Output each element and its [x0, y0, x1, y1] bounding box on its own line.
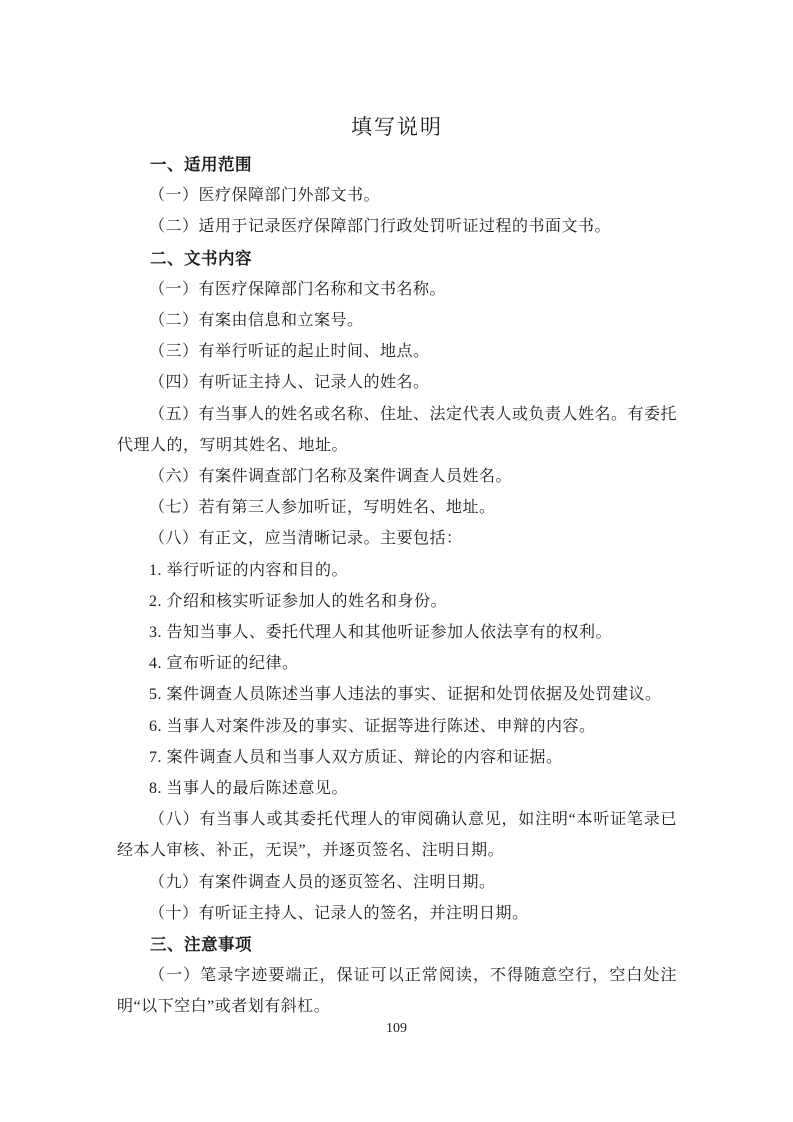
sections: 一、适用范围（一）医疗保障部门外部文书。（二）适用于记录医疗保障部门行政处罚听证…	[117, 149, 677, 1023]
paragraph: （八）有正文，应当清晰记录。主要包括：	[117, 523, 677, 554]
section-heading: 一、适用范围	[117, 149, 677, 180]
page-number: 109	[0, 1019, 793, 1039]
paragraph: （八）有当事人或其委托代理人的审阅确认意见，如注明“本听证笔录已经本人审核、补正…	[117, 804, 677, 866]
section-heading: 二、文书内容	[117, 243, 677, 274]
paragraph: 2. 介绍和核实听证参加人的姓名和身份。	[117, 586, 677, 617]
page-title: 填写说明	[117, 106, 677, 148]
paragraph: 5. 案件调查人员陈述当事人违法的事实、证据和处罚依据及处罚建议。	[117, 679, 677, 710]
paragraph: （一）笔录字迹要端正，保证可以正常阅读，不得随意空行，空白处注明“以下空白”或者…	[117, 960, 677, 1022]
paragraph: （六）有案件调查部门名称及案件调查人员姓名。	[117, 461, 677, 492]
paragraph: （九）有案件调查人员的逐页签名、注明日期。	[117, 867, 677, 898]
paragraph: （一）医疗保障部门外部文书。	[117, 180, 677, 211]
paragraph: （四）有听证主持人、记录人的姓名。	[117, 367, 677, 398]
paragraph: （二）有案由信息和立案号。	[117, 305, 677, 336]
paragraph: （十）有听证主持人、记录人的签名，并注明日期。	[117, 898, 677, 929]
paragraph: （二）适用于记录医疗保障部门行政处罚听证过程的书面文书。	[117, 211, 677, 242]
paragraph: （一）有医疗保障部门名称和文书名称。	[117, 274, 677, 305]
paragraph: 4. 宣布听证的纪律。	[117, 648, 677, 679]
paragraph: 1. 举行听证的内容和目的。	[117, 555, 677, 586]
paragraph: （五）有当事人的姓名或名称、住址、法定代表人或负责人姓名。有委托代理人的，写明其…	[117, 399, 677, 461]
paragraph: 6. 当事人对案件涉及的事实、证据等进行陈述、申辩的内容。	[117, 711, 677, 742]
paragraph: （三）有举行听证的起止时间、地点。	[117, 336, 677, 367]
paragraph: 3. 告知当事人、委托代理人和其他听证参加人依法享有的权利。	[117, 617, 677, 648]
section-heading: 三、注意事项	[117, 929, 677, 960]
document-page: 填写说明 一、适用范围（一）医疗保障部门外部文书。（二）适用于记录医疗保障部门行…	[117, 106, 677, 1023]
paragraph: （七）若有第三人参加听证，写明姓名、地址。	[117, 492, 677, 523]
paragraph: 7. 案件调查人员和当事人双方质证、辩论的内容和证据。	[117, 742, 677, 773]
paragraph: 8. 当事人的最后陈述意见。	[117, 773, 677, 804]
